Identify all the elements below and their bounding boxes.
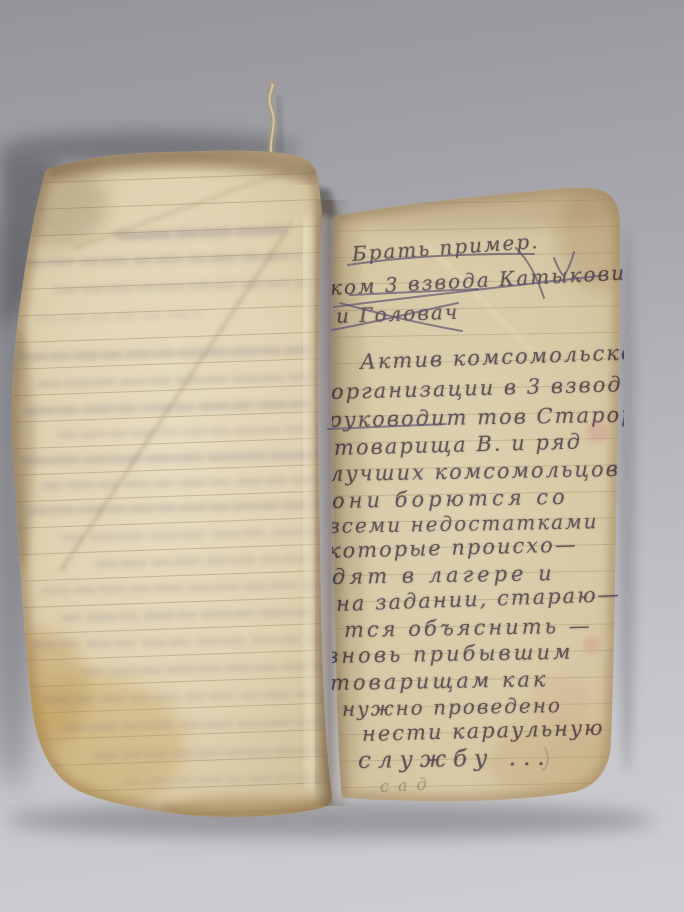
handwritten-line: которые происхо—: [332, 532, 578, 563]
handwritten-line: товарища В. и ряд: [334, 430, 583, 460]
right-page-text: Брать пример. ком 3 взвода Катыкович и Г…: [332, 185, 624, 807]
handwritten-line: вновь прибывшим: [332, 640, 574, 668]
handwritten-line: они борются со: [332, 485, 569, 513]
left-page: [0, 140, 340, 830]
handwritten-line: ком 3 взвода Катыкович: [332, 260, 624, 300]
left-page-ruled-lines: [0, 140, 340, 830]
handwritten-line: руководит тов Старорук: [332, 402, 624, 432]
handwritten-line: Брать пример.: [351, 229, 540, 266]
left-page-smudged-text: [22, 230, 330, 782]
bookmark-thread-icon: [269, 84, 273, 163]
handwritten-line: Актив комсомольской: [360, 340, 624, 374]
handwritten-line: организации в 3 взвод: [332, 372, 623, 404]
handwritten-line: службу ...: [358, 745, 552, 774]
left-page-crease: [62, 166, 300, 570]
photo-of-open-notebook: Брать пример. ком 3 взвода Катыкович и Г…: [0, 0, 684, 912]
handwritten-line: и Головач: [336, 300, 460, 328]
handwritten-line: нести караульную: [362, 716, 605, 746]
handwritten-line: товарищам как: [332, 667, 549, 695]
handwritten-line: лучших комсомольцов: [332, 457, 620, 486]
handwritten-scribble: сад: [380, 774, 437, 796]
handwritten-line: тся объяснить —: [344, 614, 593, 642]
left-page-stains: [0, 163, 340, 824]
